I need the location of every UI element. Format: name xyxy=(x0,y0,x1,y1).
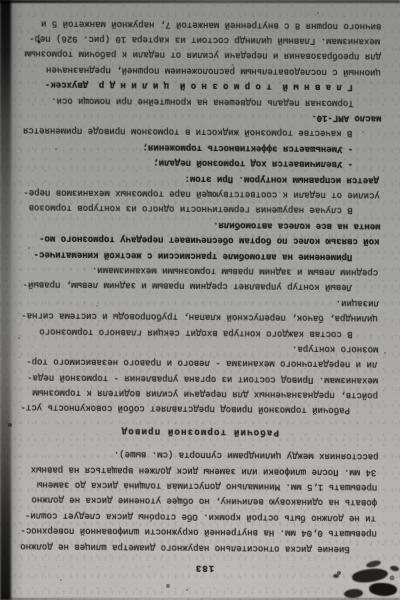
text-line: Применение на автомобиле трансмиссии с ж… xyxy=(0,245,379,264)
rotated-page-content: 183 Биение диска относительно наружного … xyxy=(0,0,400,600)
text-line: Рабочий тормозной привод представляет со… xyxy=(0,399,377,418)
text-line: 34 мм. После шлифовки или замены диск до… xyxy=(0,460,377,479)
text-line: ционный с последовательным расположением… xyxy=(2,61,381,80)
text-line: ти не должно быть острой кромки. Обе сто… xyxy=(0,507,376,526)
text-line: вичного поршня 8 с внутренней манжетой 7… xyxy=(2,15,381,34)
text-line: Тормозная педаль подвешена на кронштейне… xyxy=(2,92,381,111)
text-line: Биение диска относительно наружного диам… xyxy=(0,537,377,556)
scanned-document-page: 183 Биение диска относительно наружного … xyxy=(0,0,400,600)
typewritten-text-block: 183 Биение диска относительно наружного … xyxy=(0,0,400,600)
text-line: В состав каждого контура входит секция г… xyxy=(0,322,380,341)
text-line: механизмам. Привод состоит из органа упр… xyxy=(0,369,378,388)
page-number: 183 xyxy=(27,558,383,577)
section-heading: Рабочий тормозной привод xyxy=(22,422,378,440)
text-line: - Уменьшается эффективность торможения; xyxy=(1,138,380,157)
text-lines: Биение диска относительно наружного диам… xyxy=(0,15,381,557)
text-line: В качестве тормозной жидкости в тормозно… xyxy=(1,122,379,141)
